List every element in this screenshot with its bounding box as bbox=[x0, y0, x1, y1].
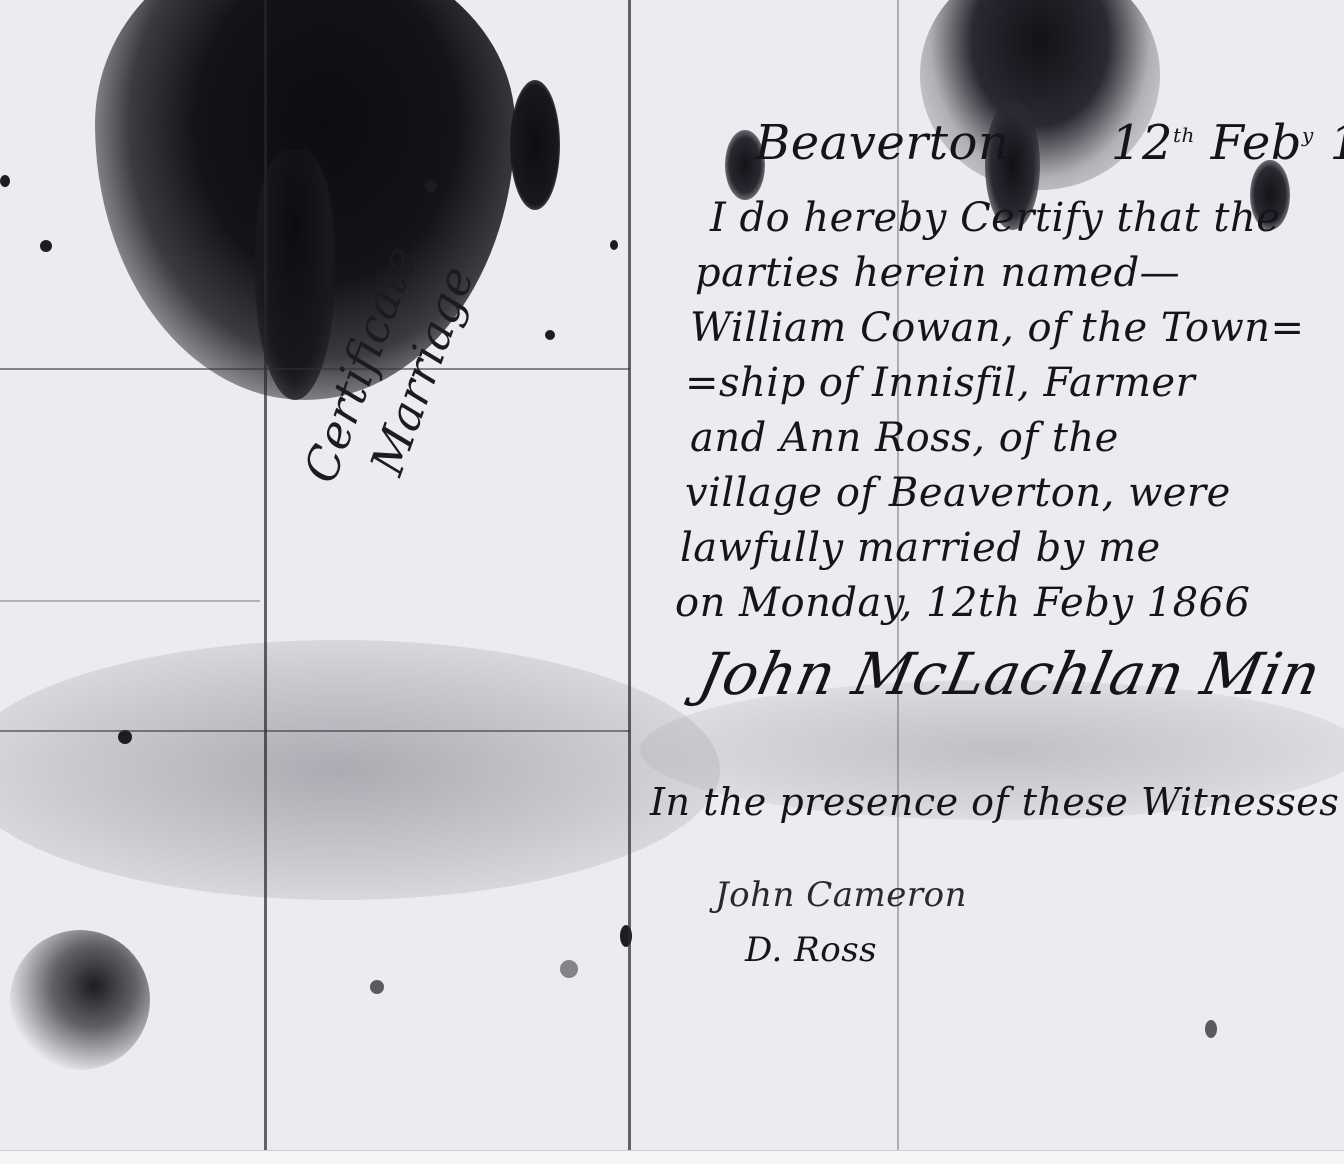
fold-line-horizontal bbox=[0, 730, 630, 732]
place-date-heading: Beaverton 12th Feby 1866 bbox=[755, 115, 1344, 171]
day: 12 bbox=[1111, 115, 1173, 171]
body-line: I do hereby Certify that the bbox=[710, 195, 1280, 241]
fold-line-vertical bbox=[628, 0, 631, 1150]
body-line: village of Beaverton, were bbox=[685, 470, 1231, 516]
spot bbox=[1205, 1020, 1217, 1038]
body-line: William Cowan, of the Town= bbox=[690, 305, 1305, 351]
spot bbox=[425, 180, 437, 192]
year: 1866 bbox=[1330, 115, 1344, 171]
officiant-signature: John McLachlan Min bbox=[693, 640, 1327, 708]
mold-spots bbox=[10, 930, 150, 1070]
spot bbox=[610, 240, 618, 250]
spot bbox=[545, 330, 555, 340]
spot bbox=[560, 960, 578, 978]
ink-stain-drip bbox=[255, 150, 335, 400]
fold-line-horizontal bbox=[0, 368, 630, 370]
fold-line-vertical bbox=[264, 0, 267, 1150]
spot bbox=[118, 730, 132, 744]
spot bbox=[40, 240, 52, 252]
document-scan: Certificate Marriage Beaverton 12th Feby… bbox=[0, 0, 1344, 1150]
body-line: on Monday, 12th Feby 1866 bbox=[675, 580, 1250, 626]
ink-stain-oval bbox=[510, 80, 560, 210]
month: Feb bbox=[1211, 115, 1302, 171]
day-suffix: th bbox=[1173, 123, 1195, 147]
scan-margin bbox=[0, 1150, 1344, 1164]
spot bbox=[0, 175, 10, 187]
fold-line-horizontal bbox=[0, 600, 260, 602]
body-line: lawfully married by me bbox=[680, 525, 1161, 571]
witness-intro: In the presence of these Witnesses bbox=[650, 780, 1339, 824]
witness-signature: D. Ross bbox=[745, 930, 877, 970]
water-stain bbox=[0, 640, 720, 900]
month-suffix: y bbox=[1302, 123, 1314, 147]
body-line: =ship of Innisfil, Farmer bbox=[685, 360, 1195, 406]
body-line: parties herein named— bbox=[695, 250, 1180, 296]
place: Beaverton bbox=[755, 115, 1009, 171]
fold-line-vertical bbox=[897, 0, 899, 1150]
body-line: and Ann Ross, of the bbox=[690, 415, 1119, 461]
spot bbox=[370, 980, 384, 994]
witness-signature: John Cameron bbox=[715, 875, 967, 915]
